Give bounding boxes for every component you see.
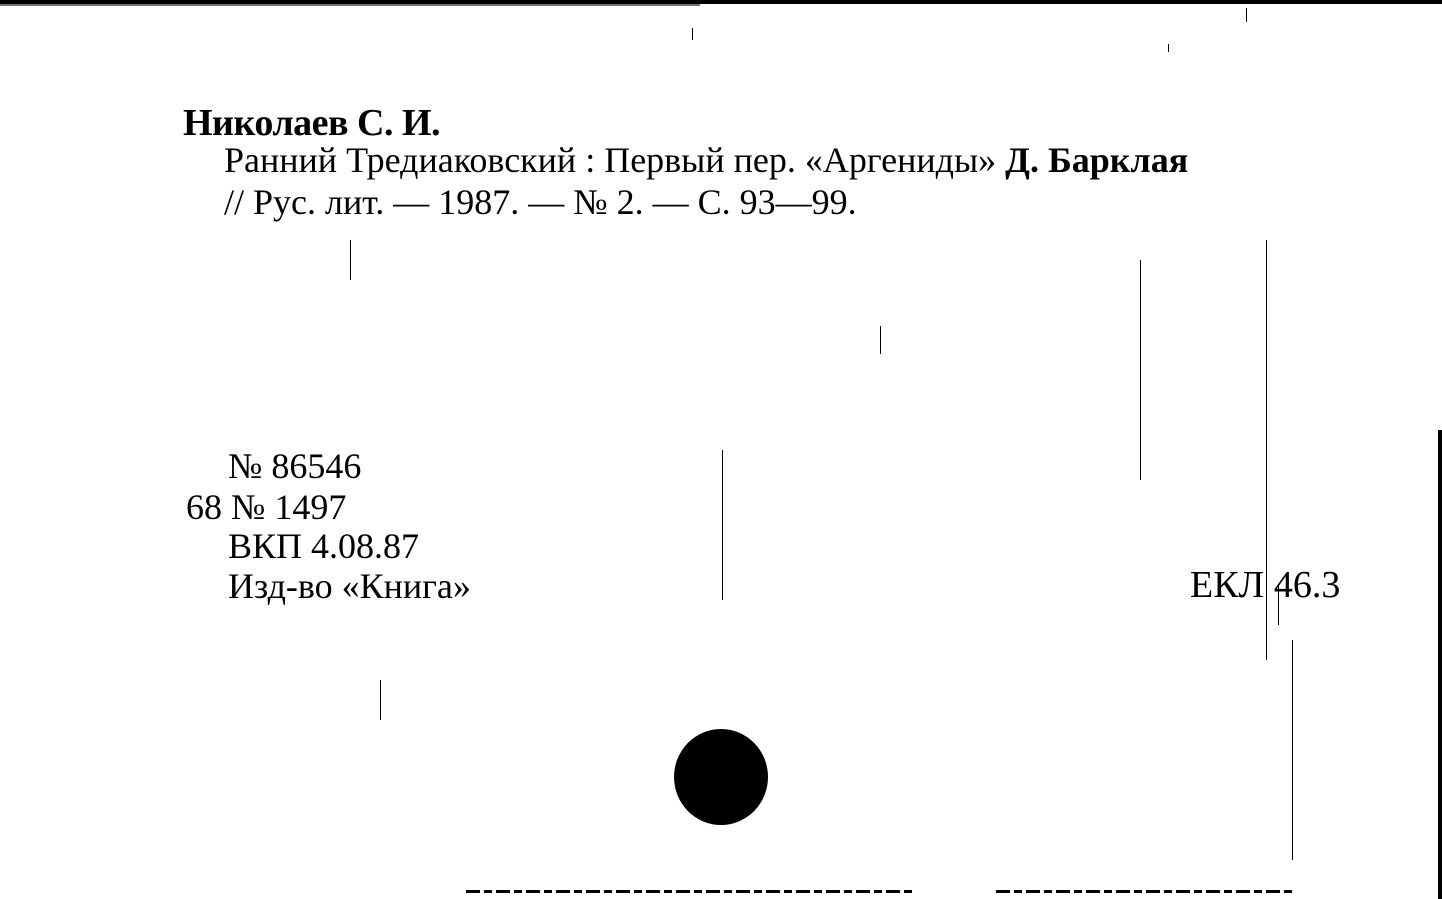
scan-speck — [1168, 44, 1169, 52]
card-bottom-edge-right — [996, 890, 1296, 893]
scan-speck — [380, 680, 381, 720]
card-classification: ЕКЛ 46.3 — [1190, 566, 1340, 604]
card-title-main: Ранний Тредиаковский : Первый пер. «Арге… — [224, 140, 996, 180]
card-list-number: 68 № 1497 — [186, 489, 346, 525]
card-title: Ранний Тредиаковский : Первый пер. «Арге… — [224, 142, 1188, 178]
card-title-author-ref: Д. Барклая — [1005, 140, 1188, 180]
scan-edge-right — [1438, 430, 1442, 899]
punch-hole-icon — [674, 729, 768, 825]
card-record-number: № 86546 — [228, 448, 361, 484]
scan-speck — [692, 28, 693, 40]
card-publisher: Изд-во «Книга» — [228, 568, 471, 604]
card-vkp: ВКП 4.08.87 — [228, 528, 419, 564]
scan-speck — [880, 326, 881, 354]
card-author: Николаев С. И. — [183, 104, 440, 142]
scan-edge-top-shadow — [0, 4, 700, 6]
card-bottom-edge-left — [466, 890, 916, 893]
scan-speck — [350, 240, 351, 280]
scan-speck — [1292, 640, 1293, 860]
card-source: // Рус. лит. — 1987. — № 2. — С. 93—99. — [224, 184, 857, 220]
scan-speck — [1246, 8, 1247, 22]
scan-speck — [1140, 260, 1141, 480]
scan-speck — [722, 450, 723, 600]
